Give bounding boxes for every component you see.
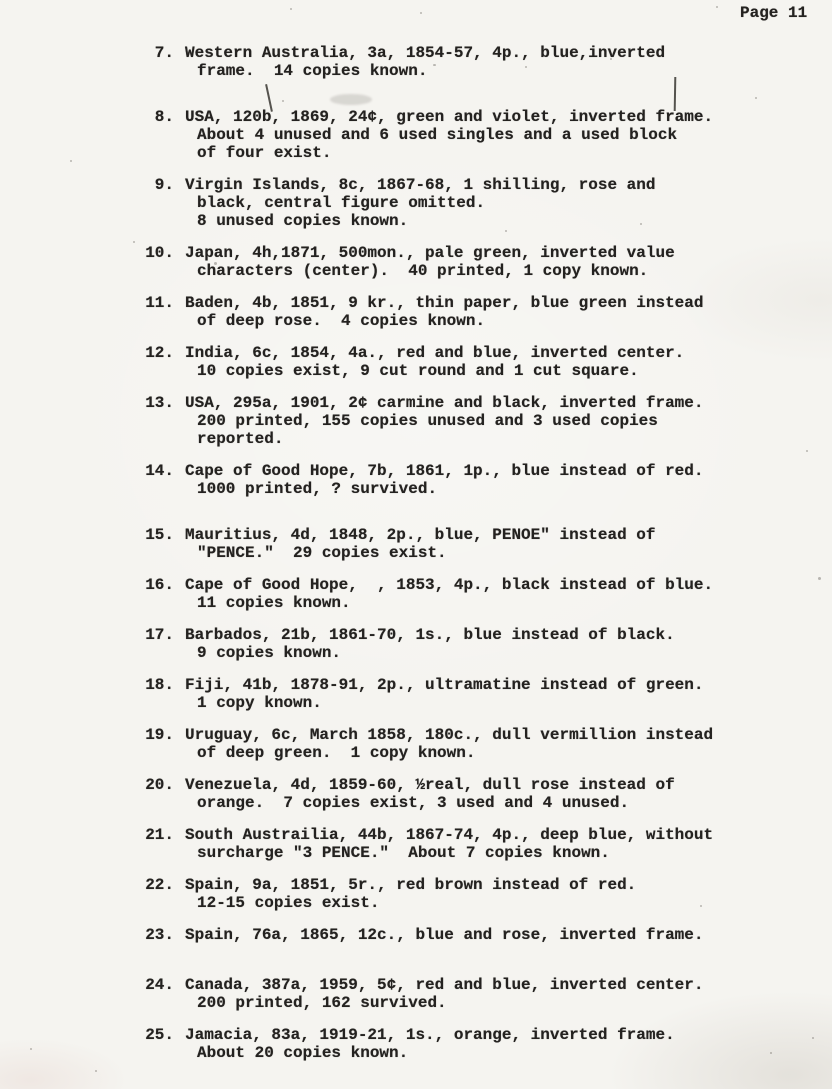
entry-number: 13. — [144, 394, 174, 412]
entry-line: South Austrailia, 44b, 1867-74, 4p., dee… — [185, 826, 713, 844]
stamp-entry: 23.Spain, 76a, 1865, 12c., blue and rose… — [0, 926, 832, 944]
scan-speck — [290, 8, 292, 10]
entry-number: 12. — [144, 344, 174, 362]
entry-number: 14. — [144, 462, 174, 480]
scan-speck — [818, 577, 821, 580]
entry-line: of four exist. — [185, 144, 713, 162]
entry-text: Uruguay, 6c, March 1858, 180c., dull ver… — [185, 726, 713, 762]
entry-line: 1 copy known. — [185, 694, 703, 712]
scan-speck — [610, 58, 612, 60]
entry-text: Spain, 9a, 1851, 5r., red brown instead … — [185, 876, 636, 912]
scan-speck — [770, 1052, 772, 1054]
scan-speck — [95, 1070, 97, 1072]
entry-number: 25. — [144, 1026, 174, 1044]
scan-speck — [433, 64, 436, 66]
stamp-list: 7.Western Australia, 3a, 1854-57, 4p., b… — [0, 44, 832, 1076]
entry-number: 8. — [144, 108, 174, 126]
entry-line: 1000 printed, ? survived. — [185, 480, 703, 498]
stamp-entry: 17.Barbados, 21b, 1861-70, 1s., blue ins… — [0, 626, 832, 662]
entry-number: 10. — [144, 244, 174, 262]
entry-number: 15. — [144, 526, 174, 544]
entry-line: Western Australia, 3a, 1854-57, 4p., blu… — [185, 44, 665, 62]
scan-speck — [812, 1037, 814, 1039]
entry-number: 17. — [144, 626, 174, 644]
entry-text: Japan, 4h,1871, 500mon., pale green, inv… — [185, 244, 675, 280]
entry-text: Jamacia, 83a, 1919-21, 1s., orange, inve… — [185, 1026, 675, 1062]
entry-line: Spain, 76a, 1865, 12c., blue and rose, i… — [185, 926, 703, 944]
scan-speck — [282, 100, 284, 102]
entry-line: Japan, 4h,1871, 500mon., pale green, inv… — [185, 244, 675, 262]
stamp-entry: 7.Western Australia, 3a, 1854-57, 4p., b… — [0, 44, 832, 80]
stamp-entry: 8.USA, 120b, 1869, 24¢, green and violet… — [0, 108, 832, 162]
stamp-entry: 24.Canada, 387a, 1959, 5¢, red and blue,… — [0, 976, 832, 1012]
entry-text: Venezuela, 4d, 1859-60, ½real, dull rose… — [185, 776, 675, 812]
entry-number: 18. — [144, 676, 174, 694]
entry-text: South Austrailia, 44b, 1867-74, 4p., dee… — [185, 826, 713, 862]
page-number: Page 11 — [740, 4, 807, 22]
entry-line: frame. 14 copies known. — [185, 62, 665, 80]
stamp-entry: 20.Venezuela, 4d, 1859-60, ½real, dull r… — [0, 776, 832, 812]
entry-number: 22. — [144, 876, 174, 894]
stamp-entry: 18.Fiji, 41b, 1878-91, 2p., ultramatine … — [0, 676, 832, 712]
scan-speck — [505, 230, 507, 232]
entry-line: Spain, 9a, 1851, 5r., red brown instead … — [185, 876, 636, 894]
entry-line: About 20 copies known. — [185, 1044, 675, 1062]
entry-line: Baden, 4b, 1851, 9 kr., thin paper, blue… — [185, 294, 703, 312]
entry-line: 11 copies known. — [185, 594, 713, 612]
entry-line: surcharge "3 PENCE." About 7 copies know… — [185, 844, 713, 862]
entry-line: 200 printed, 162 survived. — [185, 994, 703, 1012]
entry-text: Barbados, 21b, 1861-70, 1s., blue instea… — [185, 626, 675, 662]
entry-number: 11. — [144, 294, 174, 312]
entry-text: USA, 295a, 1901, 2¢ carmine and black, i… — [185, 394, 703, 448]
entry-line: 10 copies exist, 9 cut round and 1 cut s… — [185, 362, 684, 380]
entry-number: 24. — [144, 976, 174, 994]
entry-line: Canada, 387a, 1959, 5¢, red and blue, in… — [185, 976, 703, 994]
entry-text: USA, 120b, 1869, 24¢, green and violet, … — [185, 108, 713, 162]
entry-line: Jamacia, 83a, 1919-21, 1s., orange, inve… — [185, 1026, 675, 1044]
entry-number: 19. — [144, 726, 174, 744]
scan-speck — [70, 160, 72, 162]
stamp-entry: 21.South Austrailia, 44b, 1867-74, 4p., … — [0, 826, 832, 862]
entry-line: Uruguay, 6c, March 1858, 180c., dull ver… — [185, 726, 713, 744]
entry-line: About 4 unused and 6 used singles and a … — [185, 126, 713, 144]
entry-line: USA, 295a, 1901, 2¢ carmine and black, i… — [185, 394, 703, 412]
entry-line: Cape of Good Hope, 7b, 1861, 1p., blue i… — [185, 462, 703, 480]
scan-speck — [420, 12, 422, 14]
scan-speck — [806, 450, 808, 452]
entry-line: of deep green. 1 copy known. — [185, 744, 713, 762]
entry-line: of deep rose. 4 copies known. — [185, 312, 703, 330]
stamp-entry: 10.Japan, 4h,1871, 500mon., pale green, … — [0, 244, 832, 280]
scan-speck — [525, 66, 527, 68]
entry-line: Fiji, 41b, 1878-91, 2p., ultramatine ins… — [185, 676, 703, 694]
entry-number: 16. — [144, 576, 174, 594]
entry-line: Barbados, 21b, 1861-70, 1s., blue instea… — [185, 626, 675, 644]
entry-line: Virgin Islands, 8c, 1867-68, 1 shilling,… — [185, 176, 655, 194]
scan-speck — [640, 223, 642, 225]
entry-line: 200 printed, 155 copies unused and 3 use… — [185, 412, 703, 430]
stamp-entry: 11.Baden, 4b, 1851, 9 kr., thin paper, b… — [0, 294, 832, 330]
stamp-entry: 16.Cape of Good Hope, , 1853, 4p., black… — [0, 576, 832, 612]
scanned-document-page: { "page": { "header": "Page 11" }, "entr… — [0, 0, 832, 1089]
entry-text: India, 6c, 1854, 4a., red and blue, inve… — [185, 344, 684, 380]
stamp-entry: 13.USA, 295a, 1901, 2¢ carmine and black… — [0, 394, 832, 448]
scan-smudge — [330, 94, 372, 105]
scan-speck — [716, 6, 718, 8]
entry-text: Canada, 387a, 1959, 5¢, red and blue, in… — [185, 976, 703, 1012]
scan-speck — [214, 262, 217, 265]
entry-line: Mauritius, 4d, 1848, 2p., blue, PENOE" i… — [185, 526, 655, 544]
entry-text: Baden, 4b, 1851, 9 kr., thin paper, blue… — [185, 294, 703, 330]
entry-line: India, 6c, 1854, 4a., red and blue, inve… — [185, 344, 684, 362]
entry-line: Cape of Good Hope, , 1853, 4p., black in… — [185, 576, 713, 594]
entry-line: 12-15 copies exist. — [185, 894, 636, 912]
stamp-entry: 22.Spain, 9a, 1851, 5r., red brown inste… — [0, 876, 832, 912]
entry-line: black, central figure omitted. — [185, 194, 655, 212]
scan-speck — [133, 241, 135, 243]
entry-number: 23. — [144, 926, 174, 944]
stamp-entry: 14.Cape of Good Hope, 7b, 1861, 1p., blu… — [0, 462, 832, 498]
entry-text: Mauritius, 4d, 1848, 2p., blue, PENOE" i… — [185, 526, 655, 562]
entry-line: orange. 7 copies exist, 3 used and 4 unu… — [185, 794, 675, 812]
stamp-entry: 25.Jamacia, 83a, 1919-21, 1s., orange, i… — [0, 1026, 832, 1062]
scan-speck — [755, 97, 757, 99]
stamp-entry: 9.Virgin Islands, 8c, 1867-68, 1 shillin… — [0, 176, 832, 230]
entry-line: 9 copies known. — [185, 644, 675, 662]
stamp-entry: 15.Mauritius, 4d, 1848, 2p., blue, PENOE… — [0, 526, 832, 562]
stamp-entry: 19.Uruguay, 6c, March 1858, 180c., dull … — [0, 726, 832, 762]
scan-speck — [30, 1048, 32, 1050]
entry-line: "PENCE." 29 copies exist. — [185, 544, 655, 562]
scan-speck — [700, 905, 702, 907]
entry-text: Spain, 76a, 1865, 12c., blue and rose, i… — [185, 926, 703, 944]
entry-number: 20. — [144, 776, 174, 794]
entry-line: Venezuela, 4d, 1859-60, ½real, dull rose… — [185, 776, 675, 794]
entry-line: reported. — [185, 430, 703, 448]
entry-line: 8 unused copies known. — [185, 212, 655, 230]
entry-text: Cape of Good Hope, 7b, 1861, 1p., blue i… — [185, 462, 703, 498]
entry-text: Western Australia, 3a, 1854-57, 4p., blu… — [185, 44, 665, 80]
entry-number: 9. — [144, 176, 174, 194]
entry-number: 21. — [144, 826, 174, 844]
entry-line: characters (center). 40 printed, 1 copy … — [185, 262, 675, 280]
entry-number: 7. — [144, 44, 174, 62]
stamp-entry: 12.India, 6c, 1854, 4a., red and blue, i… — [0, 344, 832, 380]
entry-text: Fiji, 41b, 1878-91, 2p., ultramatine ins… — [185, 676, 703, 712]
entry-text: Virgin Islands, 8c, 1867-68, 1 shilling,… — [185, 176, 655, 230]
entry-text: Cape of Good Hope, , 1853, 4p., black in… — [185, 576, 713, 612]
entry-line: USA, 120b, 1869, 24¢, green and violet, … — [185, 108, 713, 126]
